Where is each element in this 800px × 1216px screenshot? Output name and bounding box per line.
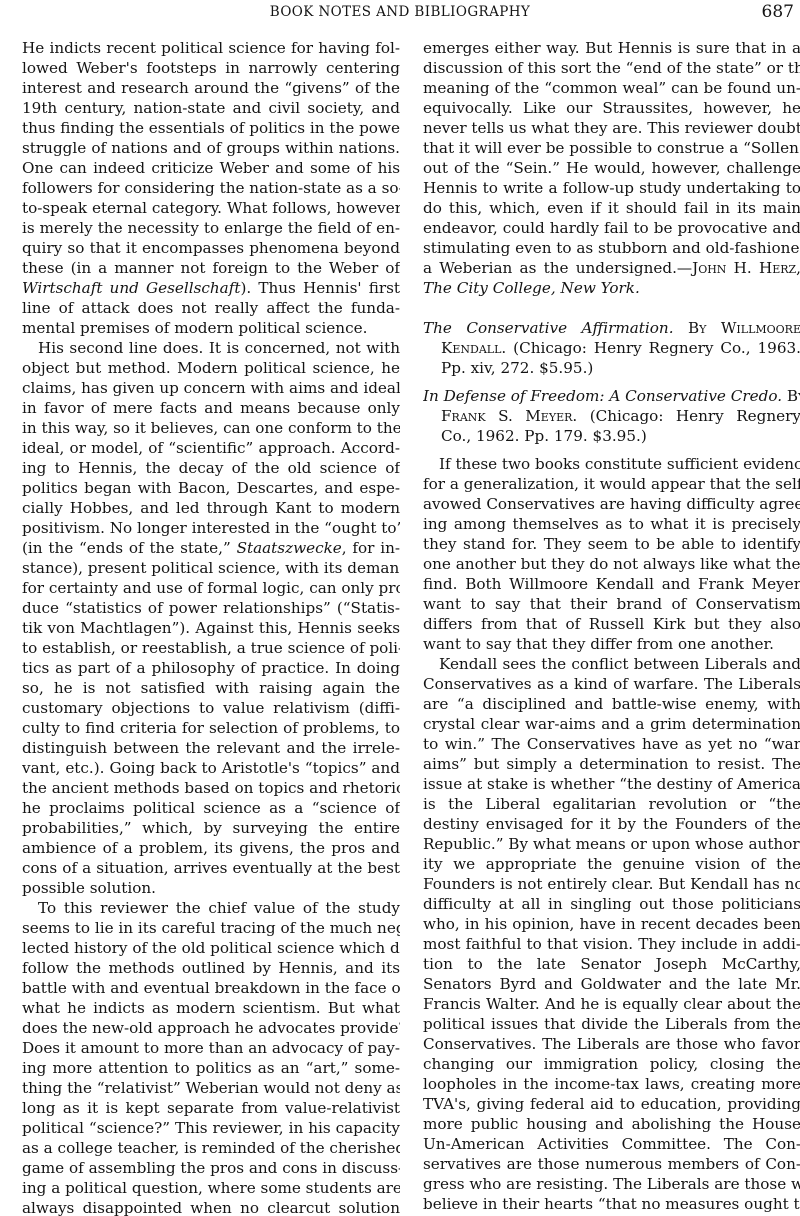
text-line: thus finding the essentials of politics … <box>22 118 400 138</box>
text-line: probabilities,” which, by surveying the … <box>22 818 400 838</box>
paragraph-chief-value: To this reviewer the chief value of the … <box>22 898 400 1216</box>
text-line: Does it amount to more than an advocacy … <box>22 1038 400 1058</box>
text-line: long as it is kept separate from value-r… <box>22 1098 400 1118</box>
citation-line: Frank S. Meyer. (Chicago: Henry Regnery <box>423 406 800 426</box>
text-line: more public housing and abolishing the H… <box>423 1114 800 1134</box>
text-line: game of assembling the pros and cons in … <box>22 1158 400 1178</box>
text-line: to win.” The Conservatives have as yet n… <box>423 734 800 754</box>
text-line: interest and research around the “givens… <box>22 78 400 98</box>
paragraph-weber-critique: He indicts recent political science for … <box>22 38 400 338</box>
spacer <box>423 446 800 454</box>
text-line: destiny envisaged for it by the Founders… <box>423 814 800 834</box>
citation-line: Co., 1962. Pp. 179. $3.95.) <box>423 426 800 446</box>
text-line: are “a disciplined and battle-wise enemy… <box>423 694 800 714</box>
text-line: politics began with Bacon, Descartes, an… <box>22 478 400 498</box>
text-line: so, he is not satisfied with raising aga… <box>22 678 400 698</box>
right-column: emerges either way. But Hennis is sure t… <box>423 38 800 1214</box>
citation-line: The Conservative Affirmation. By Willmoo… <box>423 318 800 338</box>
text-line: as a college teacher, is reminded of the… <box>22 1138 400 1158</box>
text-line: what he indicts as modern scientism. But… <box>22 998 400 1018</box>
text-line: thing the “relativist” Weberian would no… <box>22 1078 400 1098</box>
text-line: Un-American Activities Committee. The Co… <box>423 1134 800 1154</box>
text-line: vant, etc.). Going back to Aristotle's “… <box>22 758 400 778</box>
book-citation-kendall: The Conservative Affirmation. By Willmoo… <box>423 318 800 378</box>
text-line: cially Hobbes, and led through Kant to m… <box>22 498 400 518</box>
text-line: Kendall sees the conflict between Libera… <box>423 654 800 674</box>
text-line: TVA's, giving federal aid to education, … <box>423 1094 800 1114</box>
text-line: Founders is not entirely clear. But Kend… <box>423 874 800 894</box>
text-line: Wirtschaft und Gesellschaft). Thus Henni… <box>22 278 400 298</box>
text-line: emerges either way. But Hennis is sure t… <box>423 38 800 58</box>
text-line: in this way, so it believes, can one con… <box>22 418 400 438</box>
text-line: that it will ever be possible to constru… <box>423 138 800 158</box>
citation-line: Pp. xiv, 272. $5.95.) <box>423 358 800 378</box>
text-line: for certainty and use of formal logic, c… <box>22 578 400 598</box>
paragraph-review-conclusion: emerges either way. But Hennis is sure t… <box>423 38 800 298</box>
text-line: battle with and eventual breakdown in th… <box>22 978 400 998</box>
text-line: (in the “ends of the state,” Staatszweck… <box>22 538 400 558</box>
text-line: seems to lie in its careful tracing of t… <box>22 918 400 938</box>
text-line: one another but they do not always like … <box>423 554 800 574</box>
text-line: the ancient methods based on topics and … <box>22 778 400 798</box>
page-number: 687 <box>762 2 794 22</box>
text-line: lected history of the old political scie… <box>22 938 400 958</box>
text-line: culty to find criteria for selection of … <box>22 718 400 738</box>
text-line: tion to the late Senator Joseph McCarthy… <box>423 954 800 974</box>
text-line: duce “statistics of power relationships”… <box>22 598 400 618</box>
text-line: struggle of nations and of groups within… <box>22 138 400 158</box>
left-column: He indicts recent political science for … <box>22 38 400 1216</box>
text-line: they stand for. They seem to be able to … <box>423 534 800 554</box>
text-line: is merely the necessity to enlarge the f… <box>22 218 400 238</box>
italic-term: Staatszwecke <box>237 539 342 557</box>
text-line: avowed Conservatives are having difficul… <box>423 494 800 514</box>
text-line: lowed Weber's footsteps in narrowly cent… <box>22 58 400 78</box>
text-line: cons of a situation, arrives eventually … <box>22 858 400 878</box>
text-line: differs from that of Russell Kirk but th… <box>423 614 800 634</box>
book-author: Frank S. Meyer. <box>441 407 577 425</box>
text-line: If these two books constitute sufficient… <box>423 454 800 474</box>
text-line: does the new-old approach he advocates p… <box>22 1018 400 1038</box>
text-line: want to say that their brand of Conserva… <box>423 594 800 614</box>
paragraph-two-books: If these two books constitute sufficient… <box>423 454 800 654</box>
citation-line: Kendall. (Chicago: Henry Regnery Co., 19… <box>423 338 800 358</box>
text-line: most faithful to that vision. They inclu… <box>423 934 800 954</box>
text-line: stimulating even to as stubborn and old-… <box>423 238 800 258</box>
text-line: ambience of a problem, its givens, the p… <box>22 838 400 858</box>
text-line: Senators Byrd and Goldwater and the late… <box>423 974 800 994</box>
text-line: One can indeed criticize Weber and some … <box>22 158 400 178</box>
spacer <box>423 378 800 386</box>
text-line: loopholes in the income-tax laws, creati… <box>423 1074 800 1094</box>
text-line: to establish, or reestablish, a true sci… <box>22 638 400 658</box>
text-line: customary objections to value relativism… <box>22 698 400 718</box>
text-line: Francis Walter. And he is equally clear … <box>423 994 800 1014</box>
text-line: political “science?” This reviewer, in h… <box>22 1118 400 1138</box>
text-line: servatives are those numerous members of… <box>423 1154 800 1174</box>
text-line: tik von Machtlagen”). Against this, Henn… <box>22 618 400 638</box>
text-line: Hennis to write a follow-up study undert… <box>423 178 800 198</box>
text-line: who, in his opinion, have in recent deca… <box>423 914 800 934</box>
text-line: changing our immigration policy, closing… <box>423 1054 800 1074</box>
text-line: equivocally. Like our Straussites, howev… <box>423 98 800 118</box>
text-line: difficulty at all in singling out those … <box>423 894 800 914</box>
text-line: ing a political question, where some stu… <box>22 1178 400 1198</box>
text-line: he proclaims political science as a “sci… <box>22 798 400 818</box>
text-line: Conservatives. The Liberals are those wh… <box>423 1034 800 1054</box>
text-line: ity we appropriate the genuine vision of… <box>423 854 800 874</box>
text-line: Republic.” By what means or upon whose a… <box>423 834 800 854</box>
running-head: BOOK NOTES AND BIBLIOGRAPHY <box>0 4 800 20</box>
reviewer-affiliation: The City College, New York. <box>423 278 800 298</box>
paragraph-kendall-warfare: Kendall sees the conflict between Libera… <box>423 654 800 1214</box>
text-line: do this, which, even if it should fail i… <box>423 198 800 218</box>
text-line: His second line does. It is concerned, n… <box>22 338 400 358</box>
text-line: quiry so that it encompasses phenomena b… <box>22 238 400 258</box>
text-line: out of the “Sein.” He would, however, ch… <box>423 158 800 178</box>
text-line: Conservatives as a kind of warfare. The … <box>423 674 800 694</box>
text-line: ing among themselves as to what it is pr… <box>423 514 800 534</box>
text-line: ing to Hennis, the decay of the old scie… <box>22 458 400 478</box>
text-line: for a generalization, it would appear th… <box>423 474 800 494</box>
text-line: discussion of this sort the “end of the … <box>423 58 800 78</box>
text-line: to-speak eternal category. What follows,… <box>22 198 400 218</box>
signature-line: a Weberian as the undersigned.—John H. H… <box>423 258 800 278</box>
book-title: In Defense of Freedom: A Conservative Cr… <box>423 387 782 405</box>
text-line: believe in their hearts “that no measure… <box>423 1194 800 1214</box>
text-line: To this reviewer the chief value of the … <box>22 898 400 918</box>
text-line: stance), present political science, with… <box>22 558 400 578</box>
text-line: endeavor, could hardly fail to be provoc… <box>423 218 800 238</box>
text-line: follow the methods outlined by Hennis, a… <box>22 958 400 978</box>
text-line: 19th century, nation-state and civil soc… <box>22 98 400 118</box>
text-line: political issues that divide the Liberal… <box>423 1014 800 1034</box>
page-header: BOOK NOTES AND BIBLIOGRAPHY 687 <box>0 0 800 24</box>
text-line: line of attack does not really affect th… <box>22 298 400 318</box>
text-line: issue at stake is whether “the destiny o… <box>423 774 800 794</box>
book-title: The Conservative Affirmation. <box>423 319 674 337</box>
text-line: distinguish between the relevant and the… <box>22 738 400 758</box>
text-line: object but method. Modern political scie… <box>22 358 400 378</box>
text-line: He indicts recent political science for … <box>22 38 400 58</box>
text-line: mental premises of modern political scie… <box>22 318 400 338</box>
citation-line: In Defense of Freedom: A Conservative Cr… <box>423 386 800 406</box>
text-line: meaning of the “common weal” can be foun… <box>423 78 800 98</box>
text-line: is the Liberal egalitarian revolution or… <box>423 794 800 814</box>
text-line: aims” but simply a determination to resi… <box>423 754 800 774</box>
text-line: find. Both Willmoore Kendall and Frank M… <box>423 574 800 594</box>
text-line: positivism. No longer interested in the … <box>22 518 400 538</box>
text-line: tics as part of a philosophy of practice… <box>22 658 400 678</box>
reviewer-name: John H. Herz, <box>692 259 800 277</box>
book-author: Kendall. <box>441 339 506 357</box>
text-line: these (in a manner not foreign to the We… <box>22 258 400 278</box>
book-citation-meyer: In Defense of Freedom: A Conservative Cr… <box>423 386 800 446</box>
italic-title: Wirtschaft und Gesellschaft <box>22 279 240 297</box>
spacer <box>423 298 800 318</box>
text-line: want to say that they differ from one an… <box>423 634 800 654</box>
text-line: followers for considering the nation-sta… <box>22 178 400 198</box>
text-line: crystal clear war-aims and a grim determ… <box>423 714 800 734</box>
text-line: claims, has given up concern with aims a… <box>22 378 400 398</box>
text-line: in favor of mere facts and means because… <box>22 398 400 418</box>
text-line: always disappointed when no clearcut sol… <box>22 1198 400 1216</box>
text-line: never tells us what they are. This revie… <box>423 118 800 138</box>
text-line: ing more attention to politics as an “ar… <box>22 1058 400 1078</box>
text-line: possible solution. <box>22 878 400 898</box>
text-line: gress who are resisting. The Liberals ar… <box>423 1174 800 1194</box>
paragraph-second-line: His second line does. It is concerned, n… <box>22 338 400 898</box>
text-line: ideal, or model, of “scientific” approac… <box>22 438 400 458</box>
